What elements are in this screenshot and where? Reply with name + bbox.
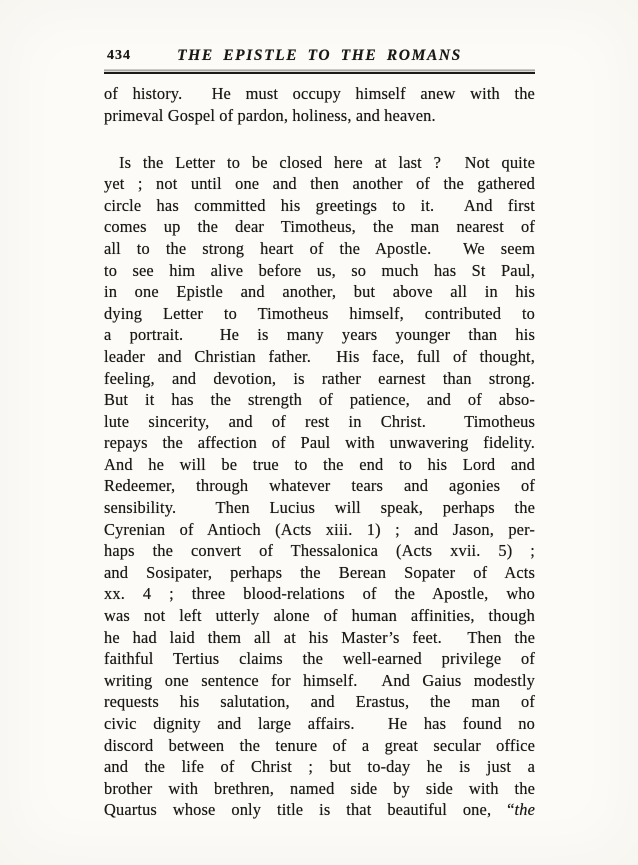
text-segment: haps the convert of Thessalonica (Acts x… [104, 541, 535, 560]
text-line: sensibility. Then Lucius will speak, per… [104, 497, 535, 519]
text-line: Is the Letter to be closed here at last … [104, 152, 535, 174]
text-line: circle has committed his greetings to it… [104, 195, 535, 217]
text-line: brother with brethren, named side by sid… [104, 778, 535, 800]
text-segment: faithful Tertius claims the well-earned … [104, 649, 535, 668]
text-line: repays the affection of Paul with unwave… [104, 432, 535, 454]
text-segment: discord between the tenure of a great se… [104, 736, 535, 755]
text-segment: civic dignity and large affairs. He has … [104, 714, 535, 733]
paragraph: of history. He must occupy himself anew … [104, 83, 535, 126]
text-line: was not left utterly alone of human affi… [104, 605, 535, 627]
text-line: and the life of Christ ; but to-day he i… [104, 756, 535, 778]
text-segment: leader and Christian father. His face, f… [104, 347, 535, 366]
text-segment: And he will be true to the end to his Lo… [104, 455, 535, 474]
text-segment: But it has the strength of patience, and… [104, 390, 535, 409]
text-line: he had laid them all at his Master’s fee… [104, 627, 535, 649]
text-line: civic dignity and large affairs. He has … [104, 713, 535, 735]
text-segment: he had laid them all at his Master’s fee… [104, 628, 535, 647]
text-segment: yet ; not until one and then another of … [104, 174, 535, 193]
text-segment: dying Letter to Timotheus himself, contr… [104, 304, 535, 323]
text-line: writing one sentence for himself. And Ga… [104, 670, 535, 692]
text-segment: all to the strong heart of the Apostle. … [104, 239, 535, 258]
text-line: a portrait. He is many years younger tha… [104, 324, 535, 346]
text-segment: circle has committed his greetings to it… [104, 196, 535, 215]
text-segment: sensibility. Then Lucius will speak, per… [104, 498, 535, 517]
text-line: requests his salutation, and Erastus, th… [104, 691, 535, 713]
text-line: feeling, and devotion, is rather earnest… [104, 368, 535, 390]
text-line: xx. 4 ; three blood-relations of the Apo… [104, 583, 535, 605]
text-line: lute sincerity, and of rest in Christ. T… [104, 411, 535, 433]
text-line: Cyrenian of Antioch (Acts xiii. 1) ; and… [104, 519, 535, 541]
text-line: in one Epistle and another, but above al… [104, 281, 535, 303]
text-line: But it has the strength of patience, and… [104, 389, 535, 411]
text-segment: xx. 4 ; three blood-relations of the Apo… [104, 584, 535, 603]
text-line: all to the strong heart of the Apostle. … [104, 238, 535, 260]
text-line: comes up the dear Timotheus, the man nea… [104, 216, 535, 238]
text-line: and Sosipater, perhaps the Berean Sopate… [104, 562, 535, 584]
text-line: Quartus whose only title is that beautif… [104, 799, 535, 821]
text-line: faithful Tertius claims the well-earned … [104, 648, 535, 670]
text-line: And he will be true to the end to his Lo… [104, 454, 535, 476]
italic-text-segment: the [515, 800, 535, 819]
page-header: 434 THE EPISTLE TO THE ROMANS [104, 46, 535, 66]
text-line: to see him alive before us, so much has … [104, 260, 535, 282]
text-line: Redeemer, through whatever tears and ago… [104, 475, 535, 497]
paragraph: Is the Letter to be closed here at last … [104, 152, 535, 821]
text-segment: comes up the dear Timotheus, the man nea… [104, 217, 535, 236]
running-title: THE EPISTLE TO THE ROMANS [104, 46, 535, 66]
text-segment: Cyrenian of Antioch (Acts xiii. 1) ; and… [104, 520, 535, 539]
text-segment: lute sincerity, and of rest in Christ. T… [104, 412, 535, 431]
text-segment: brother with brethren, named side by sid… [104, 779, 535, 798]
book-page: 434 THE EPISTLE TO THE ROMANS of history… [0, 0, 638, 865]
text-segment: and Sosipater, perhaps the Berean Sopate… [104, 563, 535, 582]
text-line: yet ; not until one and then another of … [104, 173, 535, 195]
text-line: discord between the tenure of a great se… [104, 735, 535, 757]
text-segment: primeval Gospel of pardon, holiness, and… [104, 106, 436, 125]
text-line: haps the convert of Thessalonica (Acts x… [104, 540, 535, 562]
text-segment: requests his salutation, and Erastus, th… [104, 692, 535, 711]
page-number: 434 [107, 49, 131, 63]
text-segment: feeling, and devotion, is rather earnest… [104, 369, 535, 388]
text-segment: a portrait. He is many years younger tha… [104, 325, 535, 344]
text-segment: writing one sentence for himself. And Ga… [104, 671, 535, 690]
text-block: of history. He must occupy himself anew … [104, 83, 535, 821]
text-segment: of history. He must occupy himself anew … [104, 84, 535, 103]
text-segment: Redeemer, through whatever tears and ago… [104, 476, 535, 495]
text-line: of history. He must occupy himself anew … [104, 83, 535, 105]
text-segment: to see him alive before us, so much has … [104, 261, 535, 280]
text-line: leader and Christian father. His face, f… [104, 346, 535, 368]
text-segment: and the life of Christ ; but to-day he i… [104, 757, 535, 776]
text-segment: was not left utterly alone of human affi… [104, 606, 535, 625]
text-segment: repays the affection of Paul with unwave… [104, 433, 535, 452]
text-segment: Quartus whose only title is that beautif… [104, 800, 515, 819]
page-content: 434 THE EPISTLE TO THE ROMANS of history… [104, 46, 535, 821]
text-line: dying Letter to Timotheus himself, contr… [104, 303, 535, 325]
text-segment: in one Epistle and another, but above al… [104, 282, 535, 301]
header-rule [104, 72, 535, 74]
text-line: primeval Gospel of pardon, holiness, and… [104, 105, 535, 127]
text-segment: Is the Letter to be closed here at last … [119, 153, 535, 172]
